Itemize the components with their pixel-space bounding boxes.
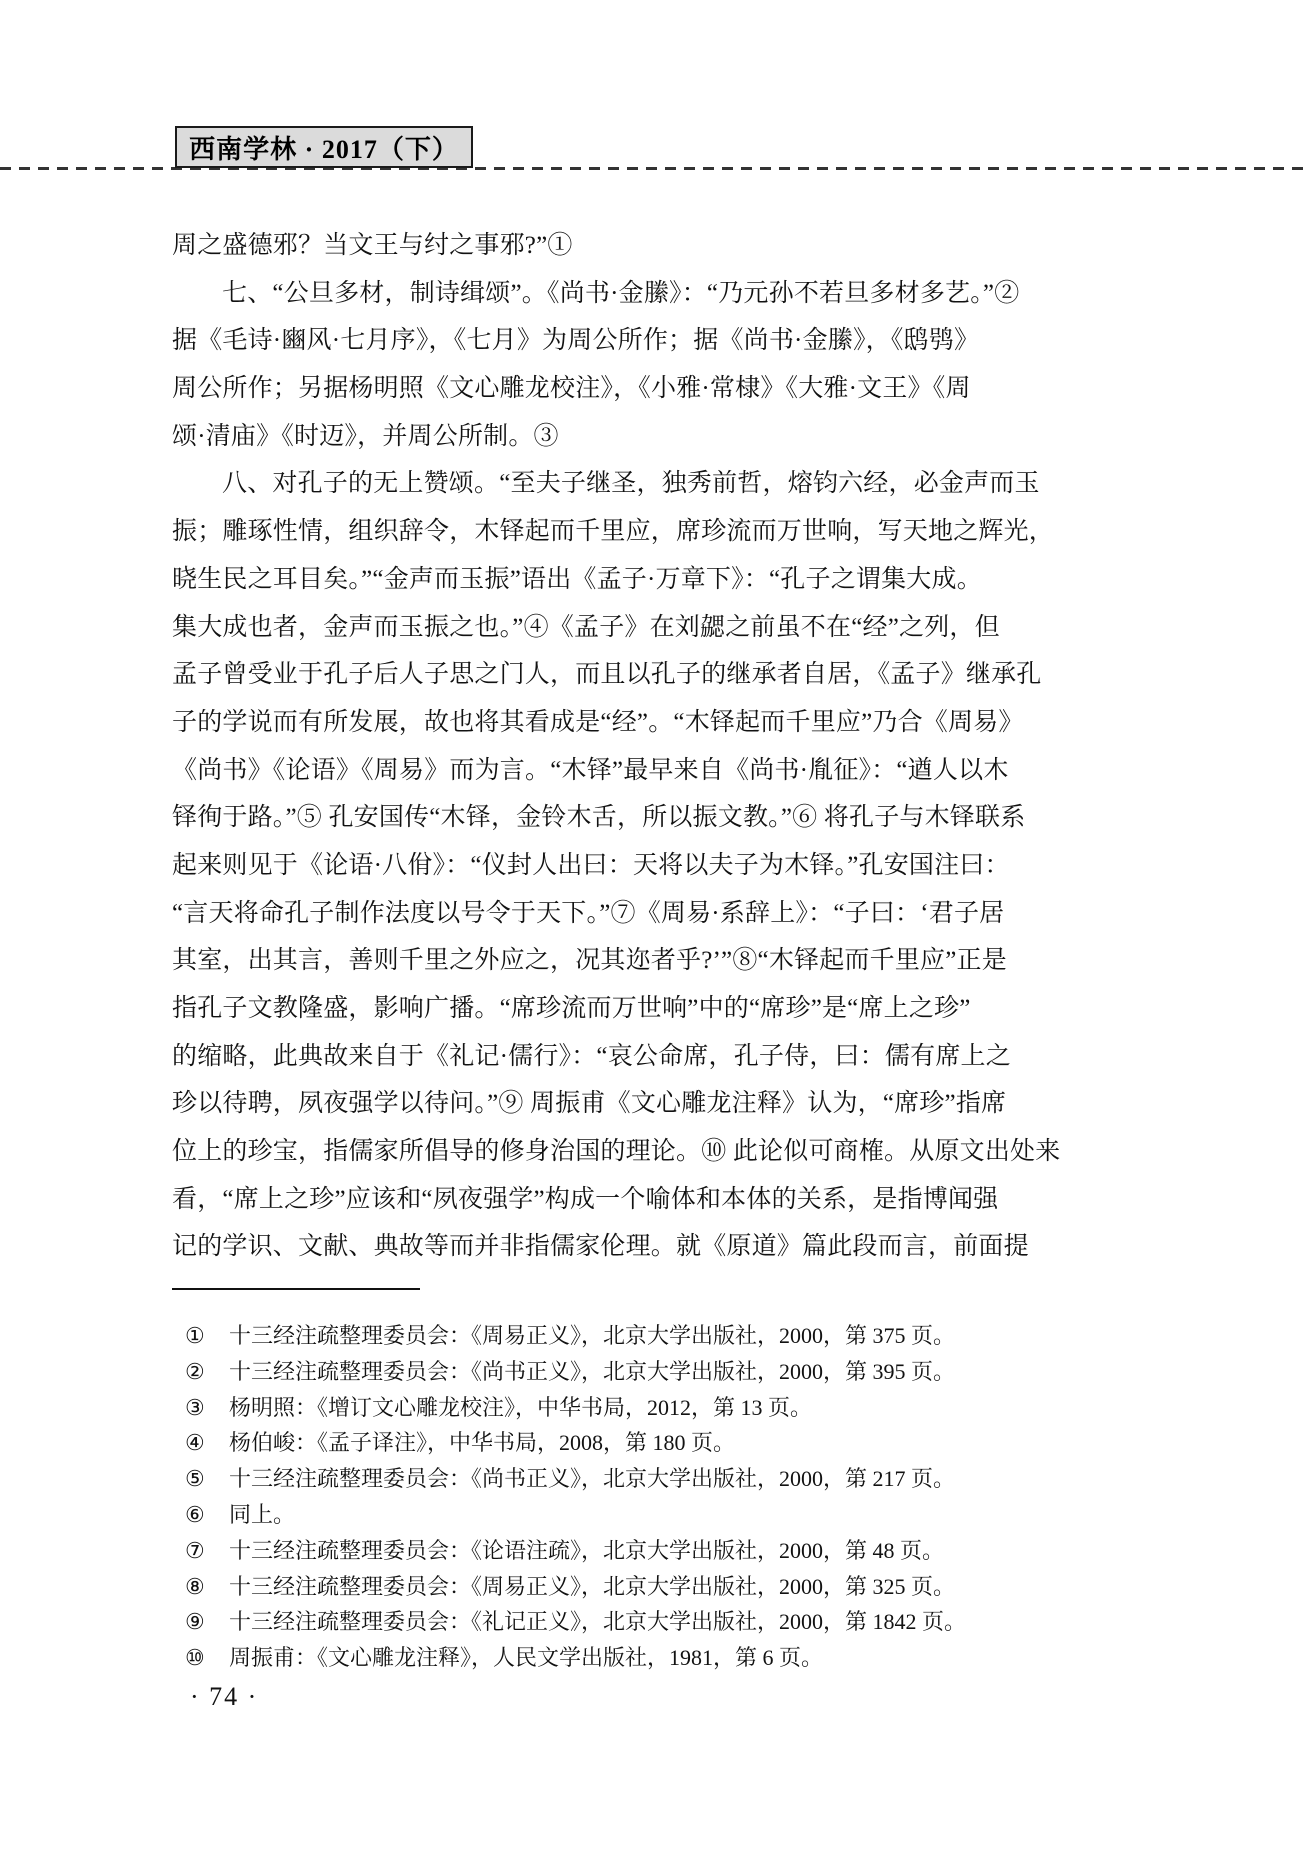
page-number: · 74 · bbox=[190, 1682, 258, 1712]
footnote-text: 杨伯峻：《孟子译注》，中华书局，2008，第 180 页。 bbox=[229, 1425, 735, 1461]
body-line: 《尚书》《论语》《周易》而为言。“木铎”最早来自《尚书·胤征》：“遒人以木 bbox=[172, 747, 1242, 795]
body-line: 据《毛诗·豳风·七月序》，《七月》为周公所作；据《尚书·金縢》，《鸱鸮》 bbox=[172, 317, 1242, 365]
body-line: 子的学说而有所发展，故也将其看成是“经”。“木铎起而千里应”乃合《周易》 bbox=[172, 699, 1242, 747]
footnote-marker: ⑨ bbox=[185, 1604, 215, 1640]
body-line: 其室，出其言，善则千里之外应之，况其迩者乎?’”⑧“木铎起而千里应”正是 bbox=[172, 937, 1242, 985]
body-line: 看，“席上之珍”应该和“夙夜强学”构成一个喻体和本体的关系，是指博闻强 bbox=[172, 1176, 1242, 1224]
footnote-text: 周振甫：《文心雕龙注释》，人民文学出版社，1981，第 6 页。 bbox=[229, 1640, 823, 1676]
footnote-item: ⑤ 十三经注疏整理委员会：《尚书正义》，北京大学出版社，2000，第 217 页… bbox=[172, 1461, 1252, 1497]
footnote-text: 十三经注疏整理委员会：《周易正义》，北京大学出版社，2000，第 375 页。 bbox=[229, 1318, 955, 1354]
footnote-separator-rule bbox=[172, 1288, 420, 1290]
footnote-marker: ⑦ bbox=[185, 1533, 215, 1569]
body-line: 八、对孔子的无上赞颂。“至夫子继圣，独秀前哲，熔钧六经，必金声而玉 bbox=[172, 460, 1242, 508]
footnote-item: ③ 杨明照：《增订文心雕龙校注》，中华书局，2012，第 13 页。 bbox=[172, 1390, 1252, 1426]
footnote-text: 十三经注疏整理委员会：《周易正义》，北京大学出版社，2000，第 325 页。 bbox=[229, 1569, 955, 1605]
body-line: 周之盛德邪？当文王与纣之事邪?”① bbox=[172, 222, 1242, 270]
body-line: 周公所作；另据杨明照《文心雕龙校注》，《小雅·常棣》《大雅·文王》《周 bbox=[172, 365, 1242, 413]
footnote-marker: ⑧ bbox=[185, 1569, 215, 1605]
footnote-text: 十三经注疏整理委员会：《论语注疏》，北京大学出版社，2000，第 48 页。 bbox=[229, 1533, 944, 1569]
body-line: 指孔子文教隆盛，影响广播。“席珍流而万世响”中的“席珍”是“席上之珍” bbox=[172, 985, 1242, 1033]
body-line: 珍以待聘，夙夜强学以待问。”⑨ 周振甫《文心雕龙注释》认为，“席珍”指席 bbox=[172, 1080, 1242, 1128]
body-line: “言天将命孔子制作法度以号令于天下。”⑦《周易·系辞上》：“子曰：‘君子居 bbox=[172, 890, 1242, 938]
document-page: 西南学林 · 2017（下） 周之盛德邪？当文王与纣之事邪?”① 七、“公旦多材… bbox=[0, 0, 1307, 1859]
body-line: 位上的珍宝，指儒家所倡导的修身治国的理论。⑩ 此论似可商榷。从原文出处来 bbox=[172, 1128, 1242, 1176]
body-line: 记的学识、文献、典故等而并非指儒家伦理。就《原道》篇此段而言，前面提 bbox=[172, 1223, 1242, 1271]
body-line: 振；雕琢性情，组织辞令，木铎起而千里应，席珍流而万世响，写天地之辉光， bbox=[172, 508, 1242, 556]
footnote-item: ④ 杨伯峻：《孟子译注》，中华书局，2008，第 180 页。 bbox=[172, 1425, 1252, 1461]
body-line: 七、“公旦多材，制诗缉颂”。《尚书·金縢》：“乃元孙不若旦多材多艺。”② bbox=[172, 270, 1242, 318]
footnote-item: ⑨ 十三经注疏整理委员会：《礼记正义》，北京大学出版社，2000，第 1842 … bbox=[172, 1604, 1252, 1640]
body-line: 铎徇于路。”⑤ 孔安国传“木铎，金铃木舌，所以振文教。”⑥ 将孔子与木铎联系 bbox=[172, 794, 1242, 842]
footnote-marker: ⑥ bbox=[185, 1497, 215, 1533]
footnote-marker: ⑤ bbox=[185, 1461, 215, 1497]
footnote-marker: ① bbox=[185, 1318, 215, 1354]
body-line: 起来则见于《论语·八佾》：“仪封人出曰：天将以夫子为木铎。”孔安国注曰： bbox=[172, 842, 1242, 890]
journal-title: 西南学林 · 2017（下） bbox=[189, 129, 459, 166]
footnote-item: ① 十三经注疏整理委员会：《周易正义》，北京大学出版社，2000，第 375 页… bbox=[172, 1318, 1252, 1354]
running-header-box: 西南学林 · 2017（下） bbox=[175, 126, 473, 168]
footnote-text: 十三经注疏整理委员会：《礼记正义》，北京大学出版社，2000，第 1842 页。 bbox=[229, 1604, 966, 1640]
footnote-item: ⑦ 十三经注疏整理委员会：《论语注疏》，北京大学出版社，2000，第 48 页。 bbox=[172, 1533, 1252, 1569]
body-line: 孟子曾受业于孔子后人子思之门人，而且以孔子的继承者自居，《孟子》继承孔 bbox=[172, 651, 1242, 699]
footnote-marker: ③ bbox=[185, 1390, 215, 1426]
footnote-list: ① 十三经注疏整理委员会：《周易正义》，北京大学出版社，2000，第 375 页… bbox=[172, 1318, 1252, 1676]
footnote-text: 同上。 bbox=[229, 1497, 295, 1533]
body-line: 集大成也者，金声而玉振之也。”④《孟子》在刘勰之前虽不在“经”之列，但 bbox=[172, 604, 1242, 652]
footnote-marker: ② bbox=[185, 1354, 215, 1390]
footnote-marker: ④ bbox=[185, 1425, 215, 1461]
body-line: 晓生民之耳目矣。”“金声而玉振”语出《孟子·万章下》：“孔子之谓集大成。 bbox=[172, 556, 1242, 604]
footnote-text: 十三经注疏整理委员会：《尚书正义》，北京大学出版社，2000，第 217 页。 bbox=[229, 1461, 955, 1497]
footnote-item: ⑥ 同上。 bbox=[172, 1497, 1252, 1533]
body-line: 颂·清庙》《时迈》，并周公所制。③ bbox=[172, 413, 1242, 461]
footnote-text: 十三经注疏整理委员会：《尚书正义》，北京大学出版社，2000，第 395 页。 bbox=[229, 1354, 955, 1390]
footnote-item: ② 十三经注疏整理委员会：《尚书正义》，北京大学出版社，2000，第 395 页… bbox=[172, 1354, 1252, 1390]
body-text-block: 周之盛德邪？当文王与纣之事邪?”① 七、“公旦多材，制诗缉颂”。《尚书·金縢》：… bbox=[172, 222, 1242, 1271]
footnote-text: 杨明照：《增订文心雕龙校注》，中华书局，2012，第 13 页。 bbox=[229, 1390, 812, 1426]
footnote-marker: ⑩ bbox=[185, 1640, 215, 1676]
footnote-item: ⑩ 周振甫：《文心雕龙注释》，人民文学出版社，1981，第 6 页。 bbox=[172, 1640, 1252, 1676]
body-line: 的缩略，此典故来自于《礼记·儒行》：“哀公命席，孔子侍，曰：儒有席上之 bbox=[172, 1033, 1242, 1081]
footnote-item: ⑧ 十三经注疏整理委员会：《周易正义》，北京大学出版社，2000，第 325 页… bbox=[172, 1569, 1252, 1605]
